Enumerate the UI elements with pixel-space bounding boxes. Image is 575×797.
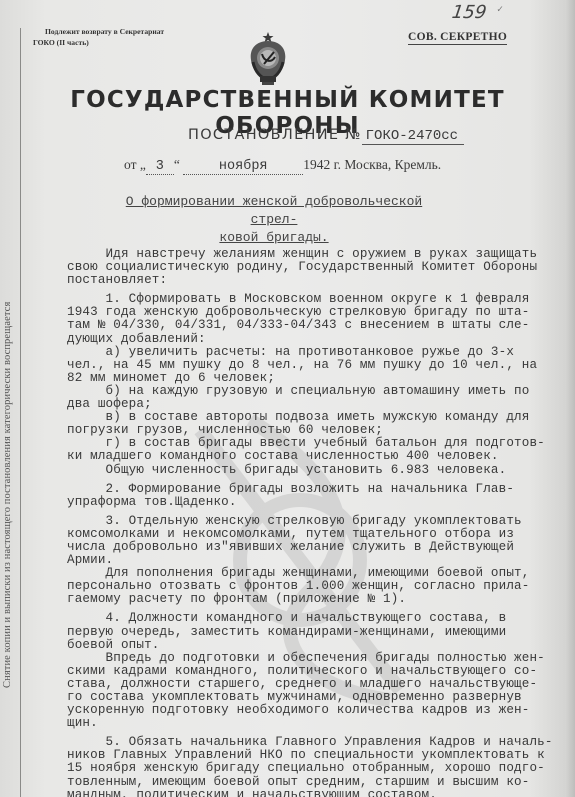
decree-body: Идя навстречу желаниям женщин с оружием … <box>67 248 557 797</box>
return-note-line-2: ГОКО (II часть) <box>33 37 164 48</box>
date-day: 3 <box>146 159 174 175</box>
date-month: ноября <box>183 159 303 175</box>
body-line: 82 мм миномет до 6 человек; <box>67 372 557 385</box>
body-line: 2. Формирование бригады возложить на нач… <box>67 483 557 496</box>
body-line: мандным, политическим и начальствующим с… <box>67 789 557 797</box>
body-line: щин. <box>67 717 557 730</box>
date-suffix: г. Москва, Кремль. <box>334 157 442 172</box>
body-line: 15 ноября женскую бригаду специально ото… <box>67 762 557 775</box>
body-line: 4. Должности командного и начальствующег… <box>67 612 557 625</box>
margin-rule <box>20 28 21 797</box>
sheet-number: 159 <box>451 2 488 23</box>
body-line: там № 04/330, 04/331, 04/333-04/343 с вн… <box>67 319 557 332</box>
body-line: первую очередь, заместить командирами-же… <box>67 626 557 639</box>
date-prefix: от <box>124 157 136 172</box>
body-line: числа добровольно из"явивших желание слу… <box>67 541 557 554</box>
body-line: Впредь до подготовки и обеспечения брига… <box>67 652 557 665</box>
check-mark-icon: ✓ <box>497 4 503 16</box>
decree-header: ПОСТАНОВЛЕНИЕ №ГОКО-2470сс <box>188 127 464 144</box>
date-close-quote: “ <box>174 157 180 172</box>
decree-number: ГОКО-2470сс <box>362 128 464 145</box>
body-line: постановляет: <box>67 274 557 287</box>
body-line: гаемому расчету по фронтам (приложение №… <box>67 593 557 606</box>
body-line: а) увеличить расчеты: на противотанковое… <box>67 346 557 359</box>
subject-line-2: ковой бригады. <box>219 230 328 245</box>
return-note-line-1: Подлежит возврату в Секретариат <box>33 26 164 37</box>
body-line: товленным, имеющим боевой опыт средним, … <box>67 776 557 789</box>
decree-subject: О формировании женской добровольческой с… <box>104 193 444 247</box>
body-line: упраформа тов.Щаденко. <box>67 496 557 509</box>
document-page: Снятие копии и выписки из настоящего пос… <box>0 0 575 797</box>
return-note: Подлежит возврату в Секретариат ГОКО (II… <box>33 26 164 48</box>
subject-line-1: О формировании женской добровольческой с… <box>126 194 422 227</box>
decree-date: от „3“ ноября1942 г. Москва, Кремль. <box>124 157 441 175</box>
body-line: Общую численность бригады установить 6.9… <box>67 464 557 477</box>
body-line: ускоренную подготовку необходимого колич… <box>67 704 557 717</box>
body-line: скими кадрами командного, политического … <box>67 665 557 678</box>
secrecy-stamp: СОВ. СЕКРЕТНО <box>408 31 507 45</box>
body-line: чел., на 45 мм пушку до 8 чел., на 76 мм… <box>67 359 557 372</box>
body-line: 3. Отдельную женскую стрелковую бригаду … <box>67 515 557 528</box>
ussr-coat-of-arms-icon <box>245 30 291 86</box>
copy-prohibition-note: Снятие копии и выписки из настоящего пос… <box>2 168 13 688</box>
body-line: боевой опыт. <box>67 639 557 652</box>
body-line: ки младшего командного состава численнос… <box>67 450 557 463</box>
body-line: дующих добавлений: <box>67 333 557 346</box>
decree-label: ПОСТАНОВЛЕНИЕ № <box>188 127 362 143</box>
date-year: 1942 <box>303 157 330 172</box>
body-line: комсомолками и некомсомолками, путем тща… <box>67 528 557 541</box>
